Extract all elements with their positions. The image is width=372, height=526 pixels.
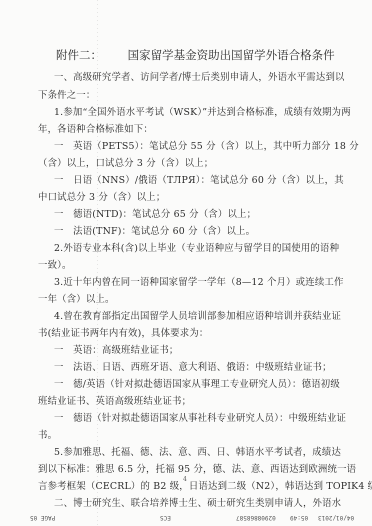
fax-footer-sender: ECS xyxy=(160,514,171,521)
fax-footer-date: 04/01/2013 xyxy=(318,514,354,521)
attachment-label: 附件二： xyxy=(56,48,102,62)
text-line: 4.曾在教育部指定出国留学人员培训部参加相应语种培训并获结业证 xyxy=(54,311,341,323)
fax-footer-number: 02908868587 xyxy=(236,514,276,521)
text-line: 一 英语：高级班结业证书； xyxy=(54,345,178,357)
text-line: 1.参加“全国外语水平考试（WSK）”并达到合格标准，成绩有效期为两 xyxy=(54,107,351,119)
page-number: 4 xyxy=(183,476,187,483)
text-line: 书(结业证书两年内有效)，具体要求为： xyxy=(38,328,209,340)
text-line: （含）以上，口试总分 3 分（含）以上； xyxy=(38,158,213,170)
text-line: 到以下标准：雅思 6.5 分，托福 95 分，德、法、意、西语达到欧洲统一语 xyxy=(38,464,356,476)
text-line: 书。 xyxy=(38,430,57,442)
text-line: 下条件之一： xyxy=(38,90,95,102)
fax-footer-time: 05:49 xyxy=(290,514,308,521)
document-title: 国家留学基金资助出国留学外语合格条件 xyxy=(128,48,335,62)
text-line: 一 德/英语（针对拟赴德语国家从事理工专业研究人员）：德语初级 xyxy=(54,379,340,391)
text-line: 2.外语专业本科(含)以上毕业（专业语种应与留学目的国使用的语种 xyxy=(54,243,339,255)
document-title-row: 附件二： 国家留学基金资助出国留学外语合格条件 xyxy=(56,47,335,63)
text-line: 一 日语（NNS）/俄语（ТЛРЯ）：笔试总分 60 分（含）以上，其 xyxy=(54,175,344,187)
scanned-document-page: 附件二： 国家留学基金资助出国留学外语合格条件 一、高级研究学者、访问学者/博士… xyxy=(0,0,372,526)
text-line: 一 德语（针对拟赴德语国家从事社科专业研究人员）：中级班结业证 xyxy=(54,413,346,425)
text-line: 一 英语（PETS5）：笔试总分 55 分（含）以上，其中听力部分 18 分 xyxy=(54,141,359,153)
text-line: 班结业证书、英语高级班结业证书； xyxy=(38,396,191,408)
text-line: 一致）。 xyxy=(38,260,72,272)
text-line: 一 法语、日语、西班牙语、意大利语、俄语：中级班结业证书； xyxy=(54,362,332,374)
text-line: 言参考框架（CECRL）的 B2 级，日语达到二级（N2），韩语达到 TOPIK… xyxy=(38,481,372,493)
text-line: 一 德语(NTD)：笔试总分 65 分（含）以上； xyxy=(54,209,256,221)
text-line: 3.近十年内曾在同一语种国家留学一学年（8—12 个月）或连续工作 xyxy=(54,277,344,289)
fax-footer-page: PAGE 05 xyxy=(30,514,55,521)
section-heading: 二、博士研究生、联合培养博士生、硕士研究生类别申请人，外语水 xyxy=(54,498,341,510)
text-line: 一 法语(TNF)：笔试总分 60 分（含）以上。 xyxy=(54,226,255,238)
text-line: 中口试总分 3 分（含）以上； xyxy=(38,192,165,204)
text-line: 年，各语种合格标准如下： xyxy=(38,124,153,136)
section-heading: 一、高级研究学者、访问学者/博士后类别申请人，外语水平需达到以 xyxy=(54,72,345,84)
text-line: 一年（含）以上。 xyxy=(38,294,115,306)
text-line: 5.参加雅思、托福、德、法、意、西、日、韩语水平考试者，成绩达 xyxy=(54,447,341,459)
